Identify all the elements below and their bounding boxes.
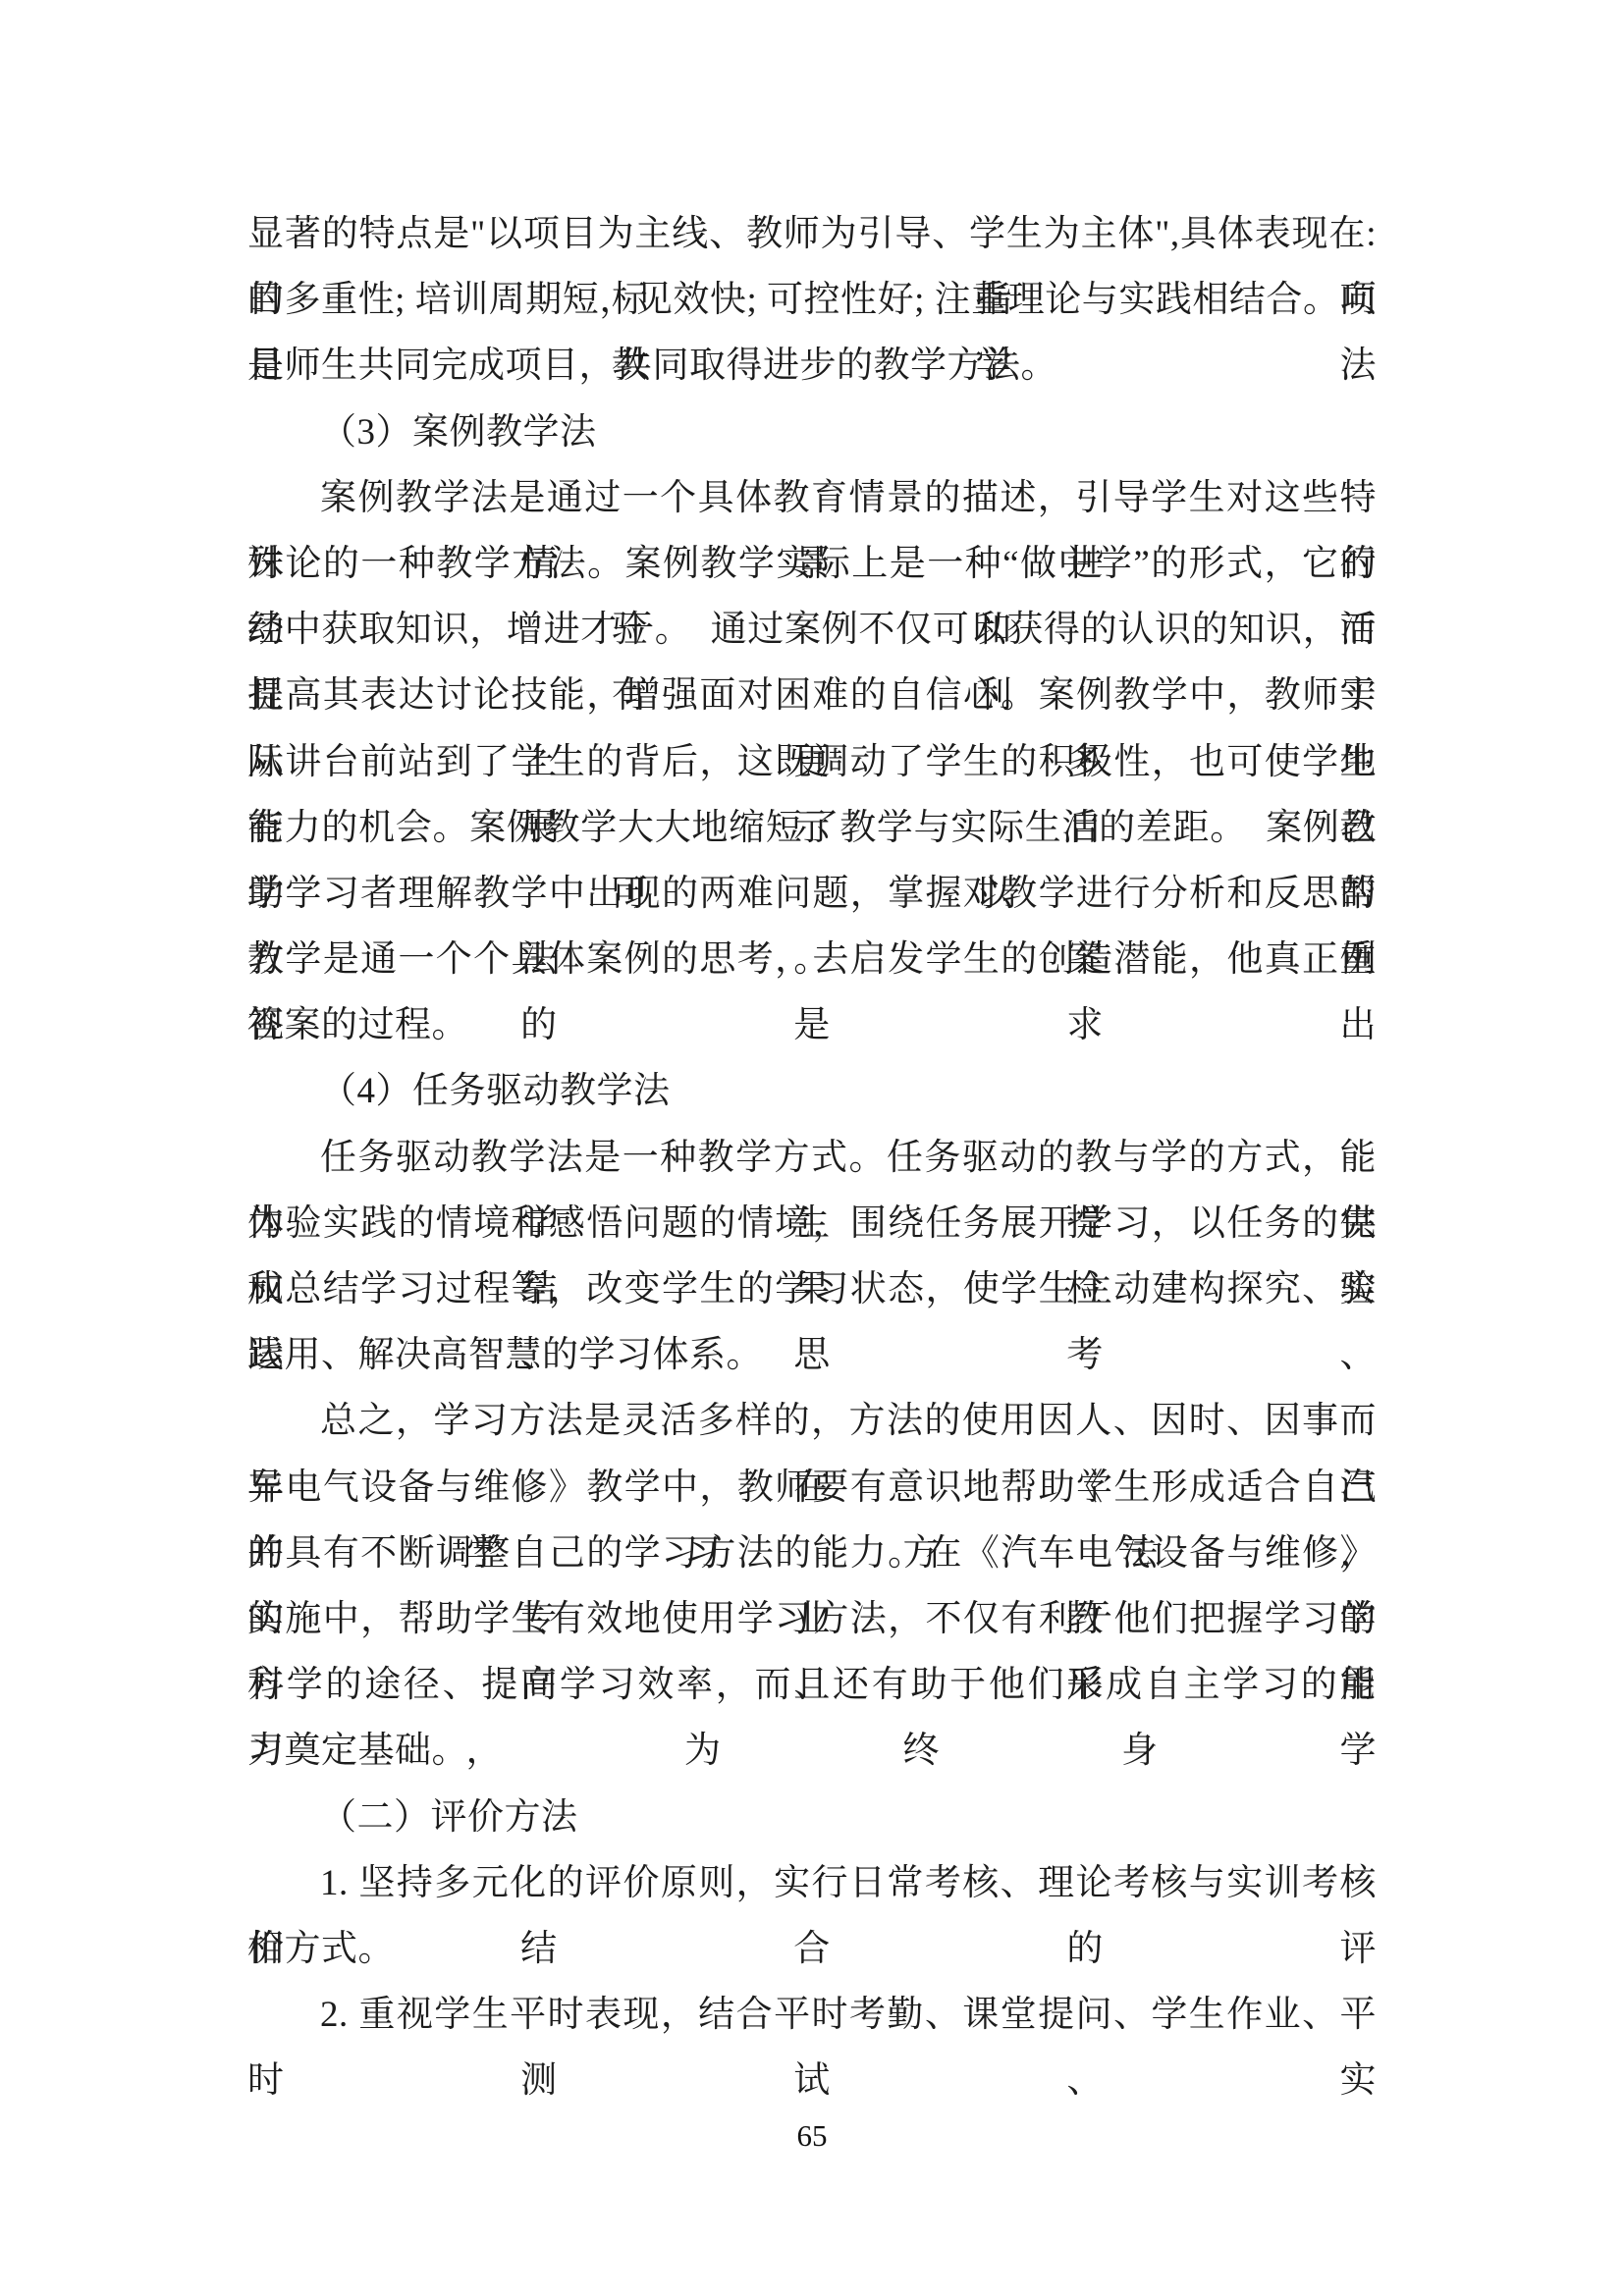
doc-line: 任务驱动教学法是一种教学方式。任务驱动的教与学的方式，能为学生提供: [247, 1125, 1377, 1191]
text-block: 显著的特点是"以项目为主线、教师为引导、学生为主体",具体表现在: 目标指向 的…: [247, 201, 1377, 2048]
doc-line: 动中获取知识，增进才干。 通过案例不仅可以获得的认识的知识，而且有利于: [247, 597, 1377, 663]
doc-line: 实施中，帮助学生有效地使用学习方法，不仅有利于他们把握学习的方向、采用: [247, 1586, 1377, 1652]
doc-line: 和总结学习过程等，改变学生的学习状态，使学生主动建构探究、实践、思考、: [247, 1256, 1377, 1322]
doc-line: 科学的途径、提高学习效率，而且还有助于他们形成自主学习的能力，为终身学: [247, 1652, 1377, 1718]
section-heading: （4）任务驱动教学法: [247, 1058, 1377, 1124]
doc-line: 2. 重视学生平时表现，结合平时考勤、课堂提问、学生作业、平时测试、实: [247, 1982, 1377, 2048]
section-heading: （3）案例教学法: [247, 400, 1377, 465]
doc-line: 1. 坚持多元化的评价原则，实行日常考核、理论考核与实训考核相结合的评: [247, 1850, 1377, 1916]
doc-line: 能力的机会。案例教学大大地缩短了教学与实际生活的差距。 案例教学可以帮: [247, 795, 1377, 861]
section-heading: （二）评价方法: [247, 1785, 1377, 1850]
doc-line: 教学是通一个个具体案例的思考，去启发学生的创造潜能，他真正重视的是求出: [247, 927, 1377, 992]
doc-line: 讨论的一种教学方法。案例教学实际上是一种“做中学”的形式，它的经验和活: [247, 531, 1377, 597]
doc-line: 助学习者理解教学中出现的两难问题，掌握对教学进行分析和反思的方法。案例: [247, 861, 1377, 927]
doc-line: 案例教学法是通过一个具体教育情景的描述，引导学生对这些特殊情景进行: [247, 465, 1377, 531]
doc-line: 的多重性; 培训周期短，见效快; 可控性好; 注重理论与实践相结合。项目教学法: [247, 267, 1377, 333]
doc-line: 并具有不断调整自己的学习方法的能力。在《汽车电气设备与维修》的专业教学: [247, 1521, 1377, 1586]
doc-line: 总之，学习方法是灵活多样的，方法的使用因人、因时、因事而异。在《汽: [247, 1388, 1377, 1454]
doc-line: 显著的特点是"以项目为主线、教师为引导、学生为主体",具体表现在: 目标指向: [247, 201, 1377, 267]
doc-line: 车电气设备与维修》教学中，教师要有意识地帮助学生形成适合自己的学习方法，: [247, 1455, 1377, 1521]
doc-line: 提高其表达讨论技能，增强面对困难的自信心。案例教学中，教师实际上更多地: [247, 663, 1377, 728]
doc-line: 体验实践的情境和感悟问题的情境，围绕任务展开学习，以任务的完成结果检验: [247, 1191, 1377, 1256]
page-footer: 65: [0, 2118, 1624, 2154]
page-number: 65: [797, 2118, 828, 2153]
doc-line: 从讲台前站到了学生的背后，这既调动了学生的积极性，也可使学生有展示自己: [247, 729, 1377, 795]
